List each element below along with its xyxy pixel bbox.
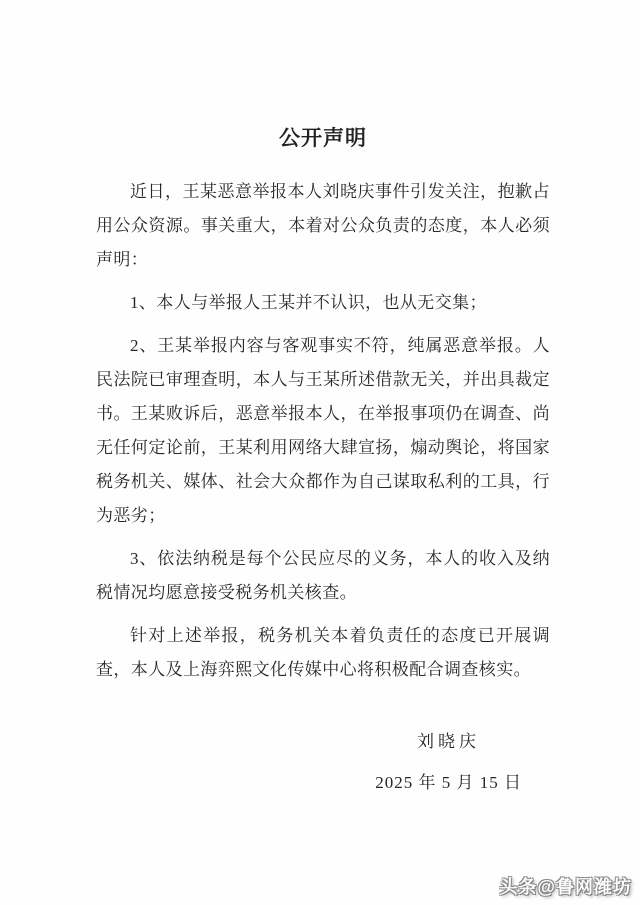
statement-item-2: 2、王某举报内容与客观事实不符，纯属恶意举报。人民法院已审理查明，本人与王某所述… [96, 329, 550, 533]
document-photo-page: 公开声明 近日，王某恶意举报本人刘晓庆事件引发关注，抱歉占用公众资源。事关重大，… [0, 0, 640, 905]
statement-title: 公开声明 [96, 122, 550, 152]
toutiao-source-watermark: 头条@鲁网潍坊 [499, 873, 632, 899]
statement-paragraph-closing: 针对上述举报，税务机关本着负责任的态度已开展调查，本人及上海弈熙文化传媒中心将积… [96, 619, 550, 687]
statement-paragraph-intro: 近日，王某恶意举报本人刘晓庆事件引发关注，抱歉占用公众资源。事关重大，本着对公众… [96, 175, 550, 277]
public-statement-document: 公开声明 近日，王某恶意举报本人刘晓庆事件引发关注，抱歉占用公众资源。事关重大，… [96, 122, 550, 800]
statement-item-1: 1、本人与举报人王某并不认识，也从无交集； [96, 286, 550, 320]
statement-item-3: 3、依法纳税是每个公民应尽的义务，本人的收入及纳税情况均愿意接受税务机关核查。 [96, 542, 550, 610]
signature-block: 刘晓庆 2025 年 5 月 15 日 [96, 725, 550, 800]
signature-name: 刘晓庆 [96, 725, 550, 759]
signature-date: 2025 年 5 月 15 日 [96, 766, 550, 800]
